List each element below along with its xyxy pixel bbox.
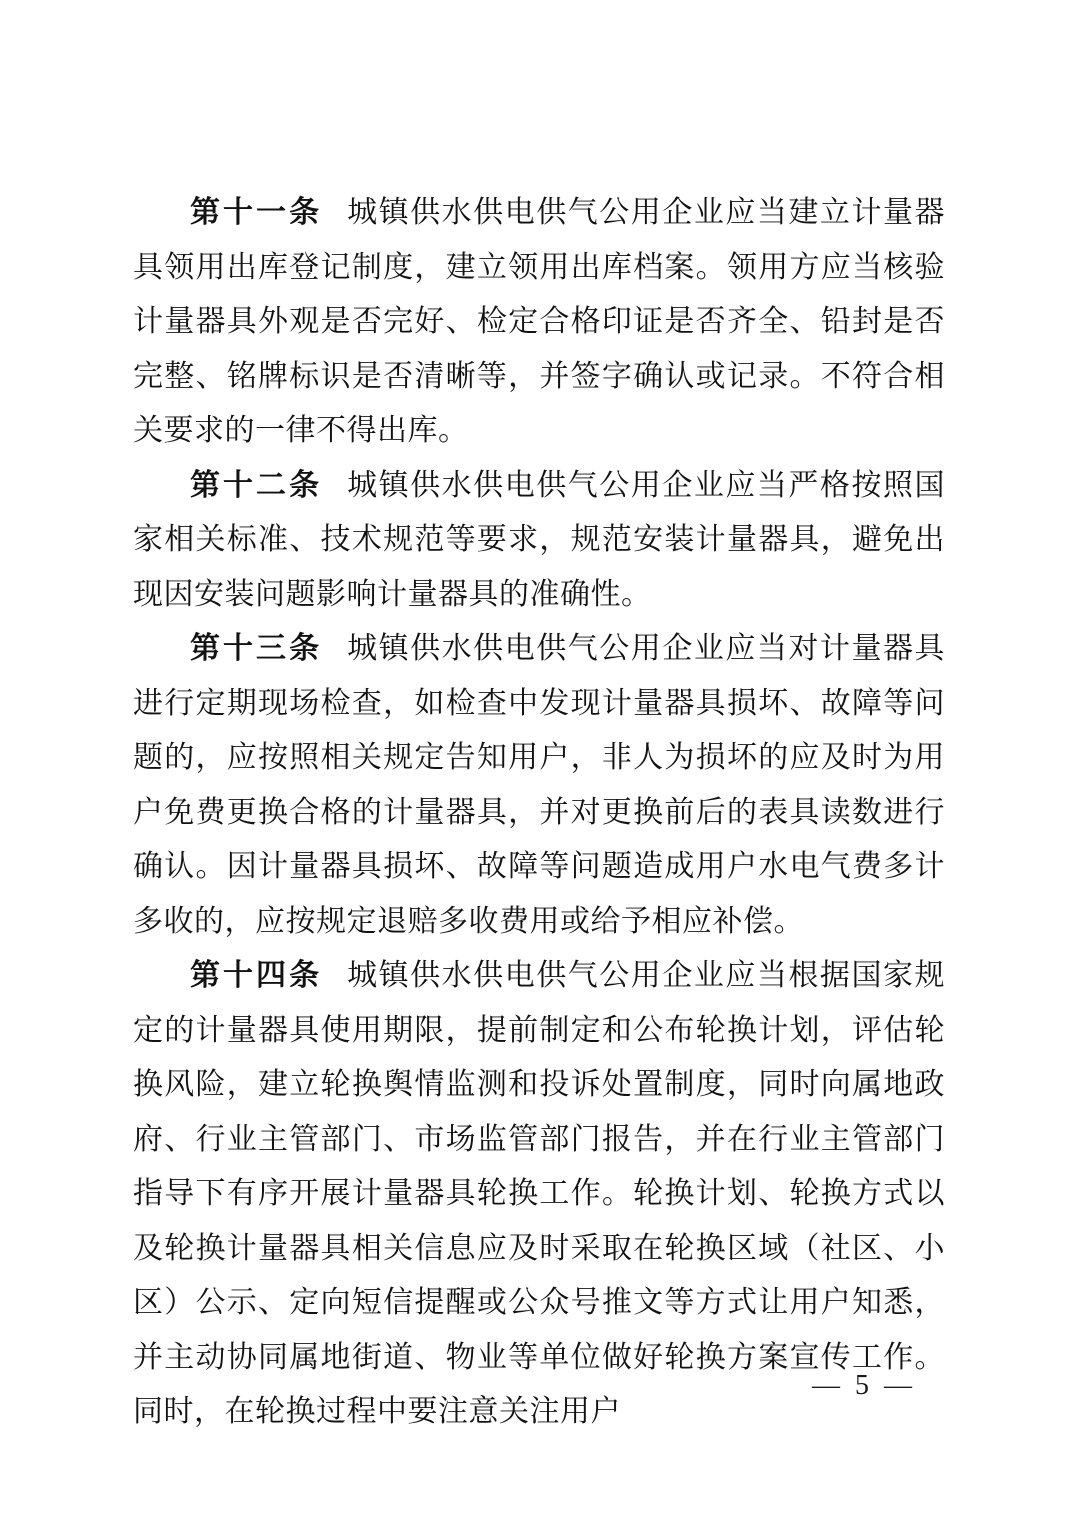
article-paragraph-13: 第十三条城镇供水供电供气公用企业应当对计量器具进行定期现场检查，如检查中发现计量…: [133, 622, 945, 949]
article-13-text: 城镇供水供电供气公用企业应当对计量器具进行定期现场检查，如检查中发现计量器具损坏…: [133, 632, 945, 938]
page-number: — 5 —: [812, 1370, 916, 1402]
article-14-heading: 第十四条: [190, 959, 322, 992]
article-paragraph-11: 第十一条城镇供水供电供气公用企业应当建立计量器具领用出库登记制度，建立领用出库档…: [133, 186, 945, 459]
document-body: 第十一条城镇供水供电供气公用企业应当建立计量器具领用出库登记制度，建立领用出库档…: [133, 186, 945, 1440]
article-11-text: 城镇供水供电供气公用企业应当建立计量器具领用出库登记制度，建立领用出库档案。领用…: [133, 196, 945, 447]
article-11-heading: 第十一条: [190, 196, 322, 229]
article-13-heading: 第十三条: [190, 632, 322, 665]
article-14-text: 城镇供水供电供气公用企业应当根据国家规定的计量器具使用期限，提前制定和公布轮换计…: [133, 959, 945, 1428]
article-12-heading: 第十二条: [190, 469, 322, 502]
document-page: 第十一条城镇供水供电供气公用企业应当建立计量器具领用出库登记制度，建立领用出库档…: [0, 0, 1074, 1520]
article-paragraph-14: 第十四条城镇供水供电供气公用企业应当根据国家规定的计量器具使用期限，提前制定和公…: [133, 949, 945, 1440]
article-paragraph-12: 第十二条城镇供水供电供气公用企业应当严格按照国家相关标准、技术规范等要求，规范安…: [133, 459, 945, 623]
